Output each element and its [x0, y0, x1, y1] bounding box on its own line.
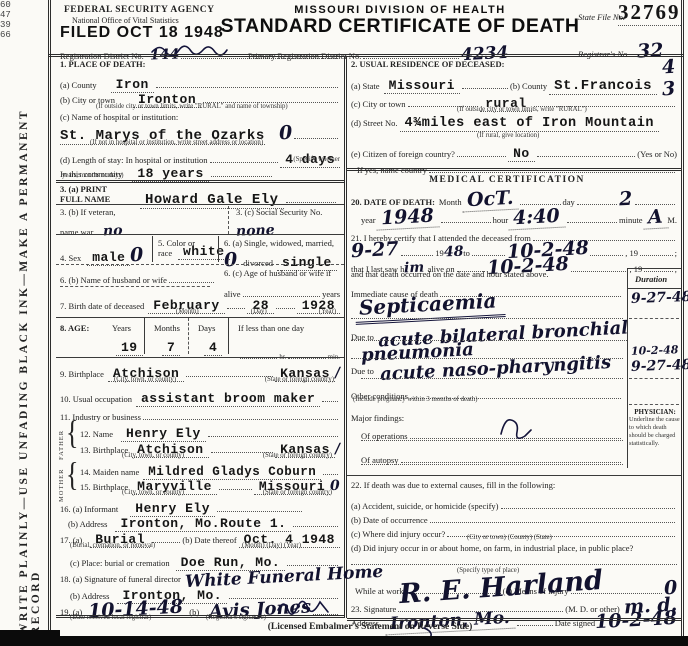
duration-header: Duration: [635, 274, 667, 284]
leader-dots: [322, 387, 338, 402]
section-rule: [347, 168, 681, 171]
medical-certification-header: MEDICAL CERTIFICATION: [347, 175, 667, 185]
veteran-field: name war no: [60, 220, 220, 239]
leader-dots: [323, 460, 338, 475]
duration-column-rule: [627, 268, 628, 468]
death-certificate-scan: 60 47 39 66 WRITE PLAINLY—USE UNFADING B…: [0, 0, 688, 646]
veteran-value: no: [103, 223, 123, 240]
sex-field: 4. Sex male 0: [60, 244, 144, 266]
duration-blank: [629, 318, 679, 319]
spouse-age-label: 6. (c) Age of husband or wife if: [224, 268, 331, 278]
age-years-header: Years: [112, 323, 131, 333]
leader-dots: [472, 241, 505, 256]
less-than-day-label: If less than one day: [238, 323, 304, 333]
age-days-value: 4: [204, 340, 222, 356]
leader-dots: [156, 73, 338, 88]
cell-divider: [144, 318, 145, 354]
name-country-field: If yes, name country: [357, 158, 677, 175]
duration-blank: [629, 404, 679, 405]
blank-line: [361, 378, 623, 379]
color-field: white: [178, 244, 230, 260]
ssn-label: 3. (c) Social Security No.: [236, 207, 322, 217]
scan-edge-bar: [0, 636, 688, 646]
physician-note-box: PHYSICIAN: Underline the cause to which …: [629, 408, 681, 480]
pen-mark: 0: [278, 122, 292, 145]
mother-side-label: MOTHER: [58, 462, 65, 502]
external-causes-title: 22. If death was due to external causes,…: [351, 480, 555, 490]
age-days-header: Days: [198, 323, 215, 333]
leader-dots: [429, 158, 675, 173]
operations-pen-mark: [497, 414, 533, 440]
leader-dots: [520, 190, 560, 205]
row-rule: [56, 357, 344, 358]
fill-line: [351, 340, 627, 341]
leader-dots: [567, 208, 617, 223]
physician-signature: R. E. Harland: [399, 572, 603, 603]
place-of-death-title: 1. PLACE OF DEATH:: [60, 59, 145, 69]
due-to-2-field: Due to acute naso-pharyngitis: [351, 358, 623, 379]
leader-dots: [401, 448, 621, 463]
margin-instruction: WRITE PLAINLY—USE UNFADING BLACK INK—MAK…: [18, 60, 42, 635]
age-months-value: 7: [162, 340, 180, 356]
edge-number: 66: [0, 30, 11, 40]
edge-numbers: 60 47 39 66: [0, 0, 11, 40]
father-side-label: FATHER: [58, 420, 65, 460]
leader-dots: [644, 257, 672, 272]
mother-birthplace-hints: (City, town, or county) (State or foreig…: [122, 489, 332, 496]
blank-line: [361, 464, 623, 465]
section-rule: [347, 475, 681, 476]
row-rule: [56, 234, 344, 235]
birthdate-hints: (Month) (Day) (Year): [176, 308, 336, 315]
name-label: 3. (a) PRINT FULL NAME: [60, 184, 110, 204]
injury-place-question: (d) Did injury occur in or about home, o…: [351, 543, 633, 553]
immediate-cause-value: Septicaemia: [354, 288, 505, 325]
father-birthplace-hints: (City, town, or county) (State or foreig…: [122, 452, 332, 459]
residence-title: 2. USUAL RESIDENCE OF DECEASED:: [351, 59, 504, 69]
duration-box-top: [627, 268, 681, 269]
street-field: (d) Street No. 4¾miles east of Iron Moun…: [351, 116, 677, 132]
blank-line: [351, 564, 677, 565]
registrar-flourish: [276, 596, 336, 616]
residence-city-hint: (If outside city or town limits, write "…: [457, 106, 587, 113]
specify-hint2: years, months or days): [62, 172, 124, 179]
physician-instruction: Underline the cause to which death shoul…: [629, 416, 681, 448]
father-brace: {: [66, 414, 78, 453]
blank-line: [361, 440, 623, 441]
cell-divider: [228, 206, 229, 234]
right-edge-rule: [681, 0, 684, 636]
duration-blank: [629, 378, 679, 379]
injury-location-hints: (City or town) (County) (State): [467, 534, 552, 541]
leader-dots: [293, 512, 338, 527]
major-findings-label: Major findings:: [351, 413, 404, 423]
leader-dots: [152, 528, 180, 543]
cell-divider: [152, 236, 153, 262]
leader-dots: [208, 422, 338, 437]
leader-dots: [203, 88, 338, 103]
industry-field: 11. Industry or business: [60, 405, 340, 422]
specify-hint: (Specify whether: [293, 156, 340, 163]
leader-dots: [640, 241, 673, 256]
leader-dots: [169, 268, 214, 283]
certify-line-4: and that death occurred on the date and …: [351, 269, 549, 279]
pen-mark: 0: [130, 244, 144, 267]
mother-brace: {: [66, 456, 78, 495]
leader-dots: [441, 208, 491, 223]
embalmer-footer: (Licensed Embalmer's Statement on Revers…: [190, 622, 550, 632]
row-rule: [56, 317, 344, 318]
bottom-rule: [347, 618, 681, 621]
filed-stamp: FILED OCT 18 1948: [60, 24, 224, 42]
right-column: 2. USUAL RESIDENCE OF DECEASED: 4 3 (a) …: [347, 56, 681, 618]
due-to-2-duration: 9-27-48: [631, 358, 688, 374]
birthplace-hints: (City, town, or county) (State or foreig…: [114, 376, 334, 383]
edge-number: 60: [0, 0, 11, 10]
leader-dots: [211, 162, 272, 177]
row-rule: [56, 264, 344, 265]
burial-date-hints: (Month) (Day) (Year): [242, 542, 301, 549]
color-value: white: [178, 244, 230, 260]
leader-dots: [590, 241, 623, 256]
burial-hint: (Burial, cremation, or removal): [70, 542, 155, 549]
bottom-rule: [56, 615, 344, 618]
age-years-value: 19: [116, 340, 143, 356]
pen-mark: /: [335, 365, 341, 381]
cell-divider: [228, 318, 229, 354]
marital-label: 6. (a) Single, widowed, married,: [224, 238, 334, 248]
street-value: 4¾miles east of Iron Mountain: [400, 116, 659, 132]
other-conditions-hint: (Include pregnancy within 3 months of de…: [353, 396, 478, 403]
margin-rule: [48, 0, 51, 636]
state-file-value: 32769: [618, 0, 681, 26]
blank-line: [60, 286, 210, 287]
physician-label: PHYSICIAN:: [629, 408, 681, 416]
leader-dots: [571, 257, 628, 272]
age-label: 8. AGE:: [60, 323, 89, 333]
leader-dots: [462, 74, 508, 89]
edge-number: 39: [0, 20, 11, 30]
street-hint: (If rural, give location): [477, 132, 539, 139]
veteran-label: 3. (b) If veteran,: [60, 207, 115, 217]
leader-dots: [217, 497, 302, 512]
cause-duration: 9-27-48: [631, 290, 688, 306]
cell-divider: [218, 236, 219, 262]
autopsy-field: Of autopsy: [361, 448, 623, 465]
agency-name: FEDERAL SECURITY AGENCY: [64, 5, 215, 15]
spouse-field: 6. (b) Name of husband or wife: [60, 268, 216, 285]
leader-dots: [286, 188, 336, 203]
ssn-field: none: [236, 220, 340, 239]
left-column: 1. PLACE OF DEATH: (a) County Iron (b) C…: [56, 56, 344, 618]
cell-divider: [188, 318, 189, 354]
scan-edge-corner: [0, 630, 60, 646]
leader-dots: [537, 142, 636, 157]
leader-dots: [577, 190, 617, 205]
fill-line: [351, 358, 623, 359]
leader-dots: [401, 241, 434, 256]
leader-dots: [635, 190, 675, 205]
operations-field: Of operations: [361, 424, 623, 441]
section-rule: [56, 180, 344, 183]
hospital-label: (c) Name of hospital or institution:: [60, 112, 178, 122]
certificate-title: STANDARD CERTIFICATE OF DEATH: [235, 15, 565, 38]
edge-number: 47: [0, 10, 11, 20]
hr-min-field: hr. min.: [238, 344, 340, 361]
city-hint: (If outside city or town limits, write "…: [96, 103, 288, 110]
pen-mark: /: [335, 441, 341, 457]
immediate-cause-field: Septicaemia: [355, 292, 505, 321]
row-rule: [56, 204, 344, 205]
hospital-hint: (If not in hospital or institution, writ…: [90, 139, 263, 146]
due-to-1-duration: 10-2-48: [631, 344, 678, 357]
leader-dots: [457, 142, 506, 157]
leader-dots: [294, 124, 338, 139]
age-months-header: Months: [154, 323, 180, 333]
leader-dots: [143, 405, 338, 420]
